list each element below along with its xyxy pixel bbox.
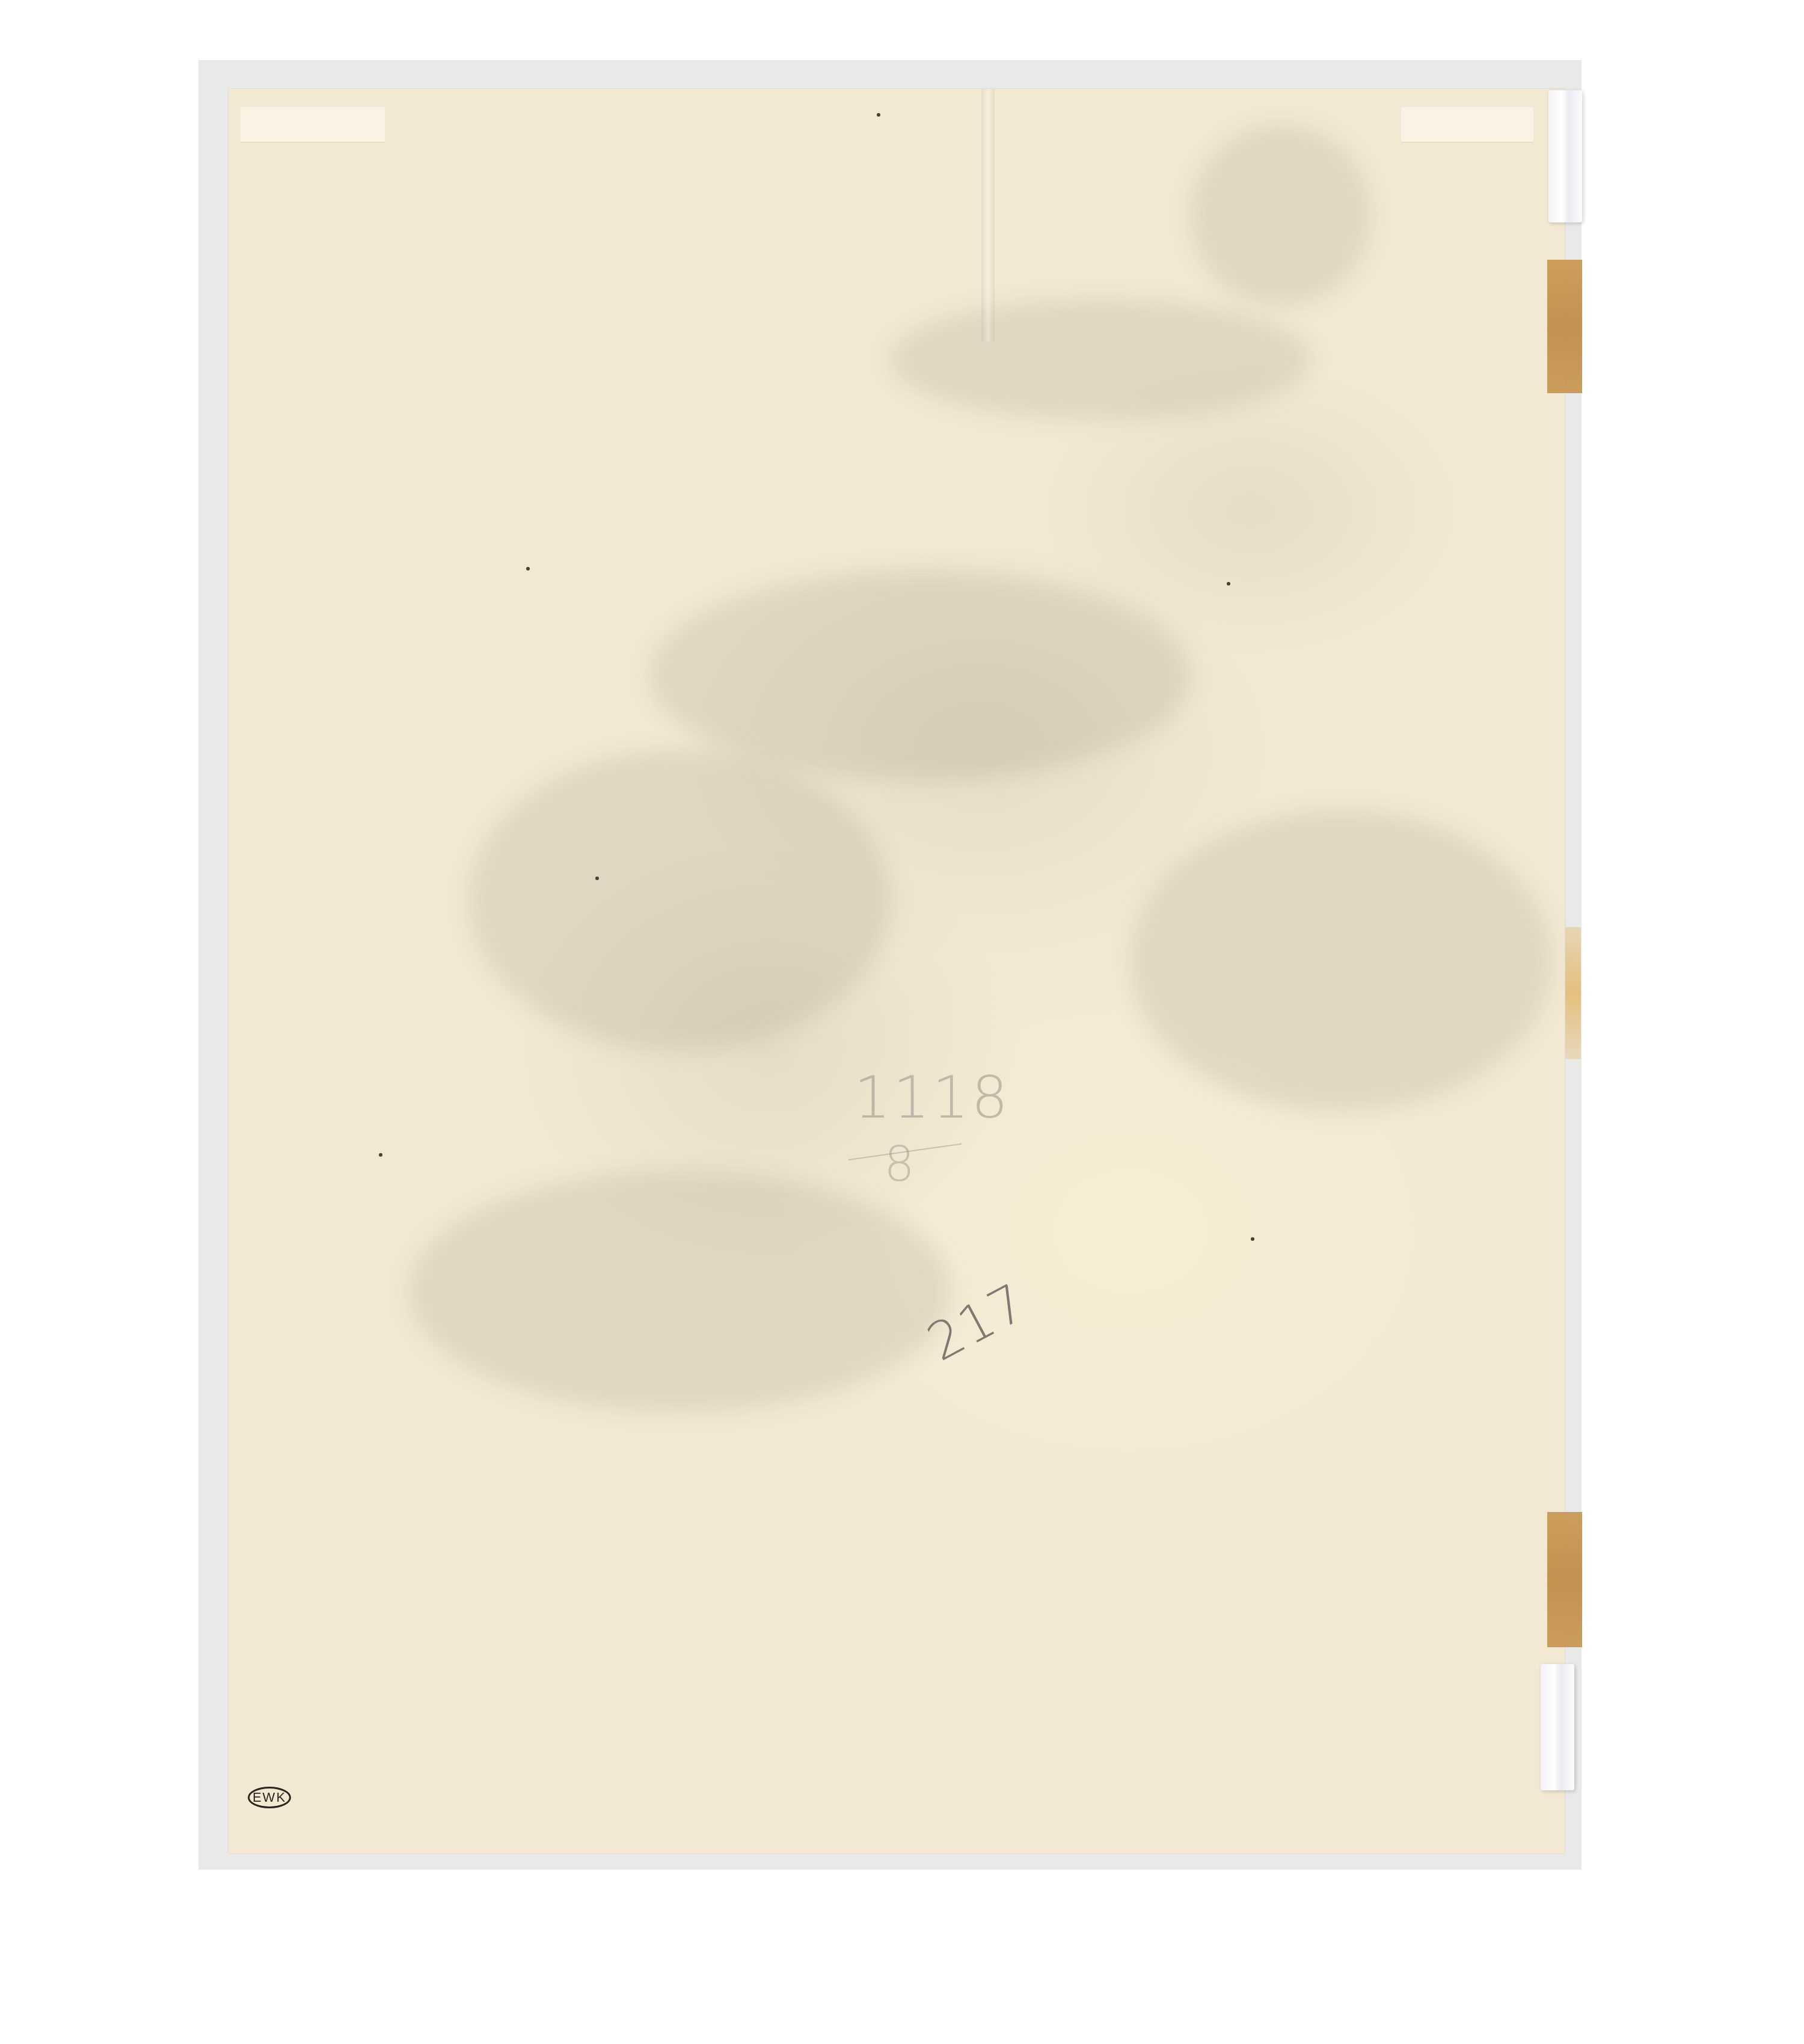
- hinge-tape-white-bottom: [1541, 1664, 1574, 1790]
- speck: [595, 877, 599, 880]
- speck: [1227, 582, 1230, 586]
- hinge-stain-middle: [1565, 927, 1581, 1059]
- vertical-crease: [981, 89, 995, 341]
- speck: [379, 1153, 382, 1157]
- speck: [1251, 1237, 1254, 1241]
- offset-smudge: [890, 299, 1311, 420]
- hinge-tape-white-top: [1548, 90, 1582, 222]
- tape-residue-top-right: [1401, 107, 1533, 142]
- tape-residue-top-left: [241, 107, 385, 142]
- offset-smudge: [409, 1171, 950, 1412]
- offset-smudge: [1191, 125, 1371, 305]
- collector-stamp: EWK: [248, 1787, 291, 1808]
- offset-smudge: [1131, 810, 1551, 1111]
- hinge-tape-brown-lower: [1547, 1512, 1582, 1647]
- paper-sheet: [229, 89, 1565, 1853]
- collector-stamp-text: EWK: [253, 1790, 286, 1805]
- faint-pencil-number: 1118: [854, 1064, 1010, 1131]
- offset-smudge: [469, 750, 890, 1051]
- offset-smudge: [649, 570, 1191, 780]
- faint-pencil-subnumber: 8: [884, 1136, 915, 1192]
- speck: [877, 113, 880, 117]
- speck: [526, 567, 530, 571]
- hinge-tape-brown-upper: [1547, 260, 1582, 393]
